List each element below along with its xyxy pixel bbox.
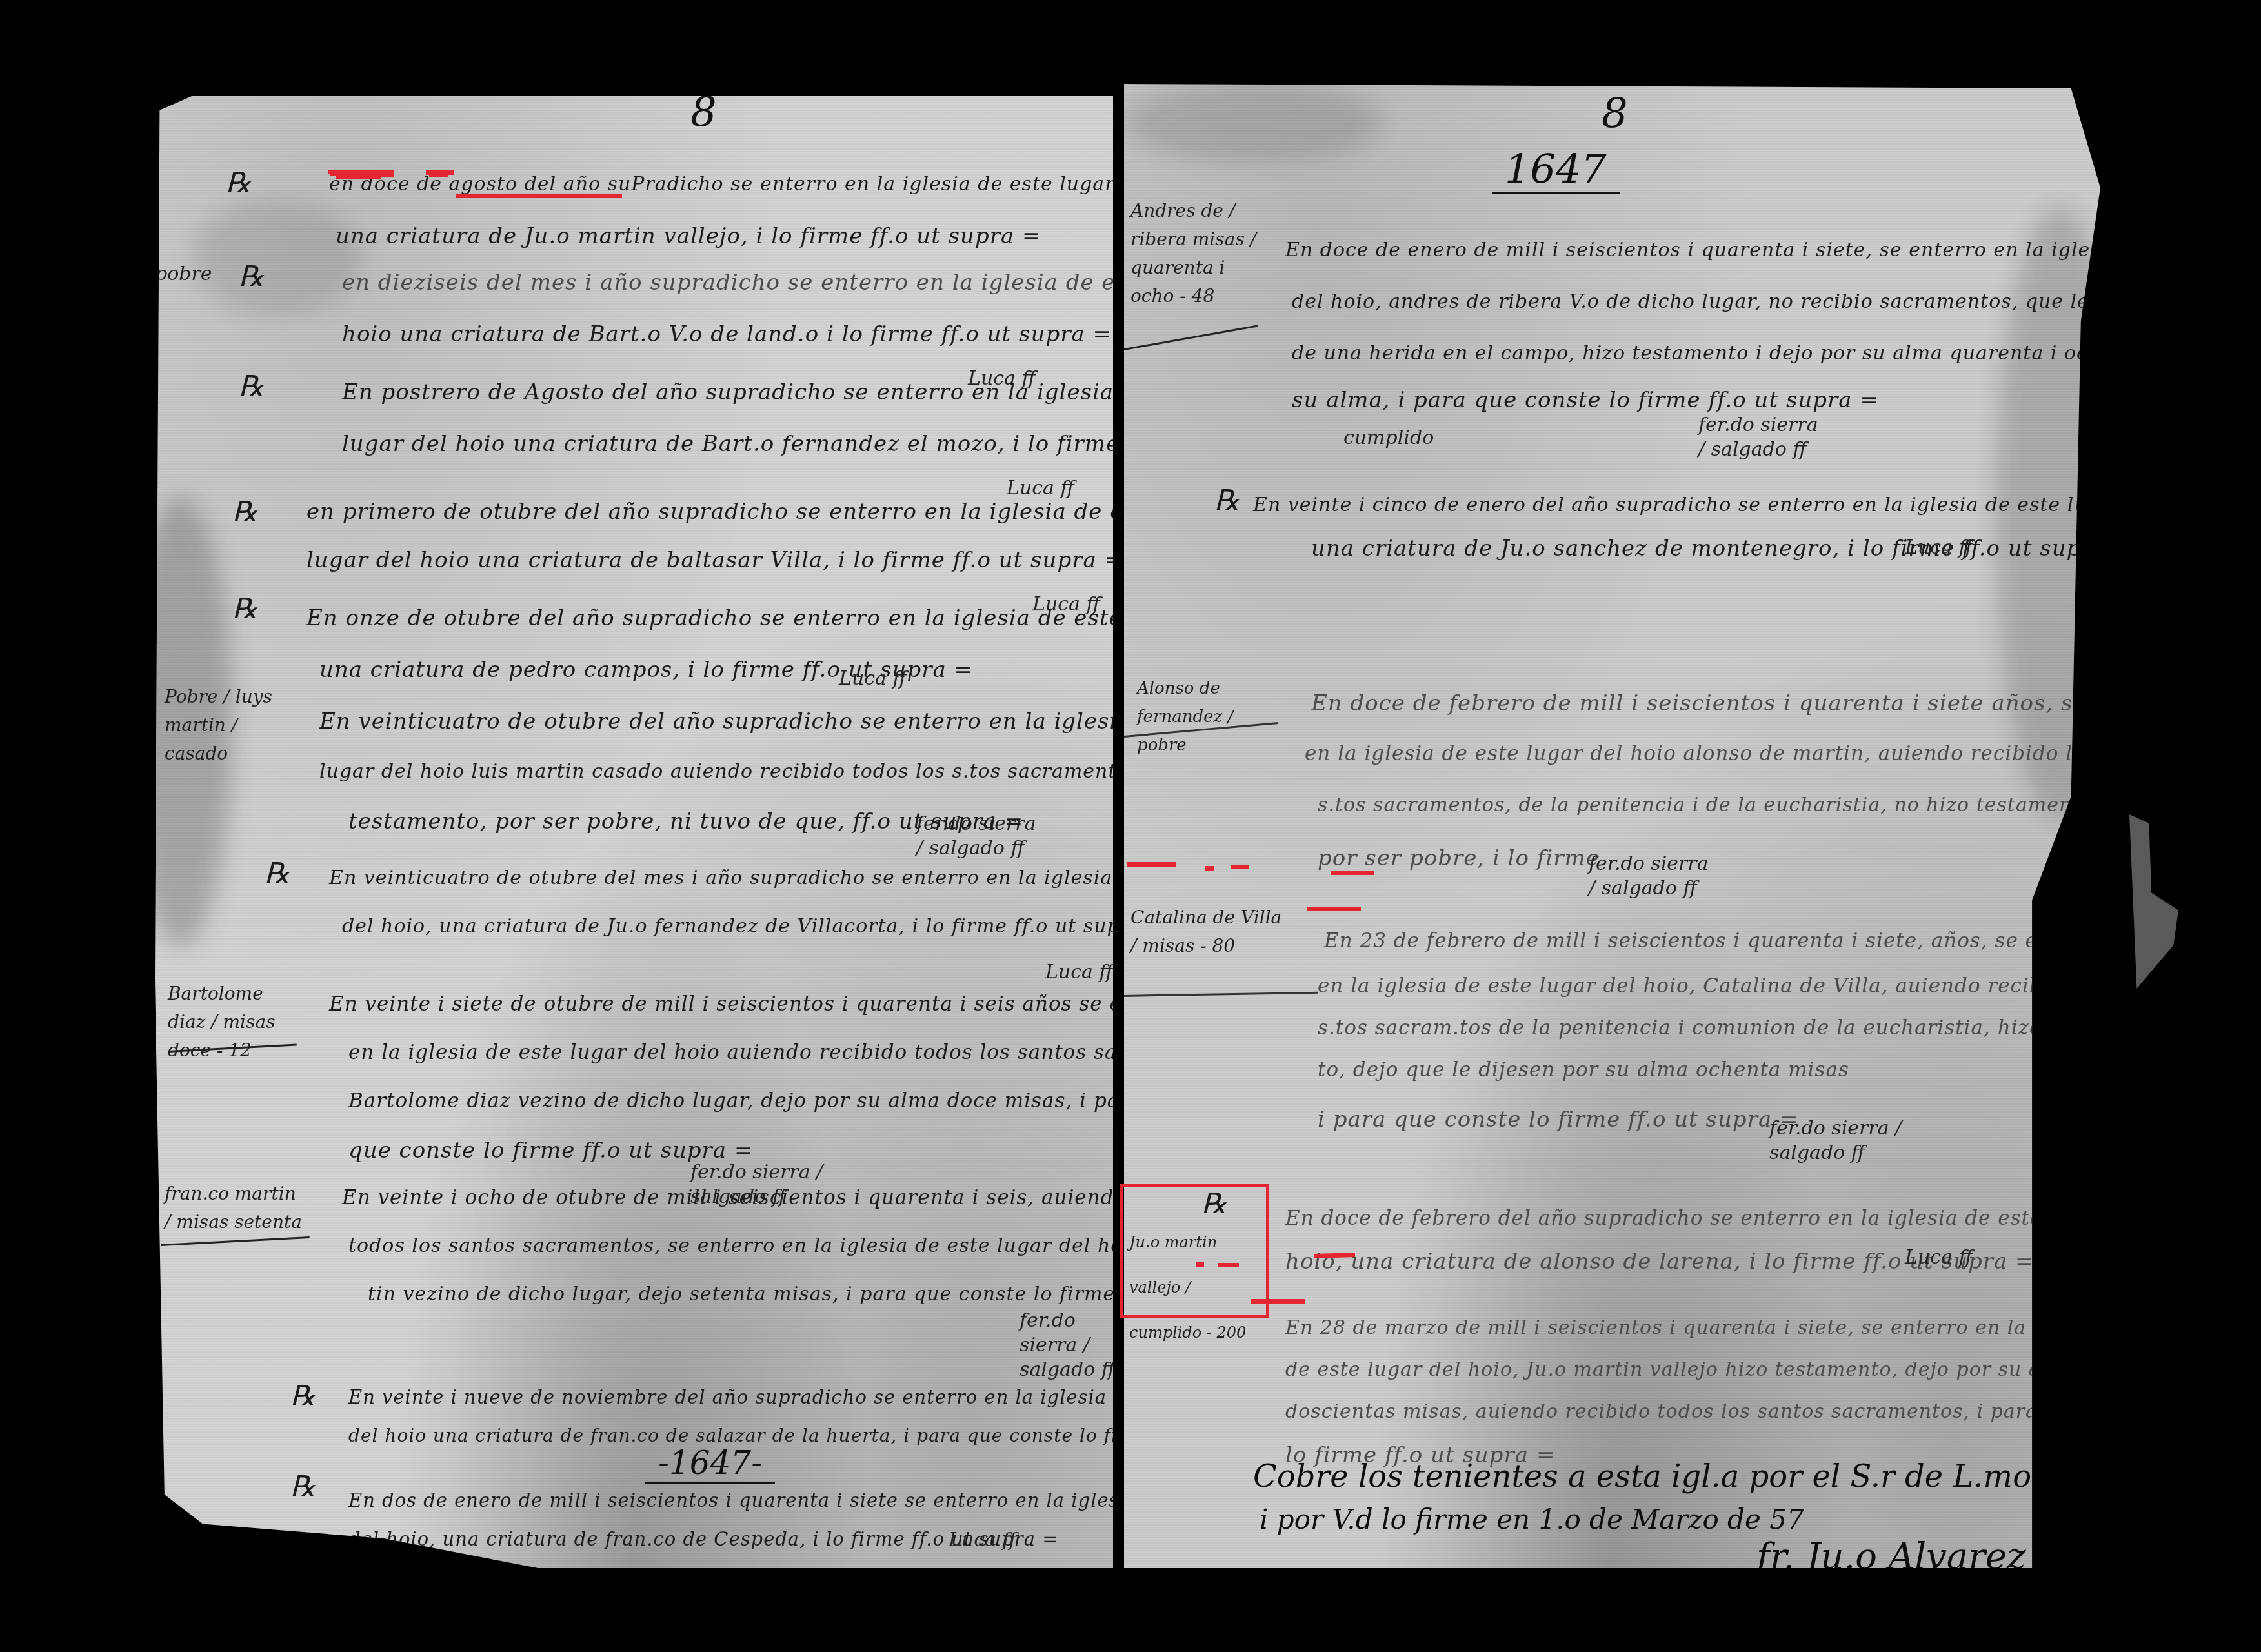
entry-line: En veinticuatro de otubre del año suprad… <box>319 709 1113 734</box>
entry-line: En dos de enero de mill i seiscientos i … <box>348 1489 1113 1511</box>
entry-line: En veinticuatro de otubre del mes i año … <box>329 867 1113 889</box>
entry-line: todos los santos sacramentos, se enterro… <box>348 1234 1113 1257</box>
entry-line: en la iglesia de este lugar del hoio, Ca… <box>1318 974 2100 998</box>
book-gutter <box>1113 77 1124 1575</box>
margin-note: Andres de / ribera misas / quarenta i oc… <box>1130 197 1260 310</box>
water-stain <box>1124 84 1382 161</box>
entry-line: del hoio una criatura de fran.co de sala… <box>348 1425 1113 1446</box>
year-heading: 1647 <box>1492 145 1620 194</box>
red-underline-deceased <box>1307 907 1361 911</box>
red-underline-month <box>1231 865 1249 869</box>
entry-line: En onze de otubre del año supradicho se … <box>306 605 1113 631</box>
left-page: 8 ℞ en doce de agosto del año suPradicho… <box>155 96 1113 1568</box>
margin-note: Catalina de Villa / misas - 80 <box>1130 903 1285 960</box>
entry-line: en la iglesia de este lugar del hoio aui… <box>348 1041 1113 1064</box>
signature: Luca ff <box>1007 476 1074 501</box>
entry-line: de este lugar del hoio, Ju.o martin vall… <box>1285 1358 2079 1381</box>
signature: Luca ff <box>1905 536 1973 560</box>
entry-line: una criatura de Ju.o sanchez de monteneg… <box>1311 536 2100 561</box>
sub-signature: cumplido <box>1343 426 1434 450</box>
entry-line: En postrero de Agosto del año supradicho… <box>342 379 1113 405</box>
entry-line: por ser pobre, i lo firme <box>1318 845 1600 871</box>
cross-mark-icon: ℞ <box>265 857 290 890</box>
entry-line: lugar del hoio una criatura de Bart.o fe… <box>342 431 1113 457</box>
folio-mark: 8 <box>1602 90 1628 138</box>
entry-line: en primero de otubre del año supradicho … <box>306 499 1113 525</box>
entry-line: de una herida en el campo, hizo testamen… <box>1292 342 2100 365</box>
red-underline-name <box>456 194 622 198</box>
signature: fer.do sierra / salgado ff <box>1589 852 1718 901</box>
cross-mark-icon: ℞ <box>226 166 251 199</box>
entry-line: En veinte i nueve de noviembre del año s… <box>348 1386 1113 1408</box>
entry-line: En veinte i cinco de enero del año supra… <box>1253 494 2100 516</box>
water-stain <box>194 199 361 315</box>
entry-line: del hoio, andres de ribera V.o de dicho … <box>1292 290 2100 313</box>
entry-line: que conste lo firme ff.o ut supra = <box>348 1138 753 1163</box>
margin-note: Pobre / luys martin / casado <box>165 683 274 768</box>
closing-note-line: i por V.d lo firme en 1.o de Marzo de 57 <box>1260 1504 1804 1535</box>
margin-note: fran.co martin / misas setenta <box>165 1180 306 1236</box>
cross-mark-icon: ℞ <box>239 370 264 403</box>
signature: fer.do sierra / salgado ff <box>1769 1116 1911 1165</box>
entry-line: En 28 de marzo de mill i seiscientos i q… <box>1285 1316 2100 1339</box>
entry-line: su alma, i para que conste lo firme ff.o… <box>1292 387 1879 413</box>
entry-line: del hoio, una criatura de Ju.o fernandez… <box>342 915 1113 938</box>
signature: Luca ff <box>1905 1245 1973 1270</box>
margin-note: Alonso de fernandez / pobre <box>1137 674 1279 760</box>
red-underline-year <box>1331 871 1374 875</box>
entry-line: En doce de febrero de mill i seiscientos… <box>1311 690 2100 716</box>
red-underline-agosto <box>426 170 454 175</box>
entry-line: Bartolome diaz vezino de dicho lugar, de… <box>348 1089 1113 1113</box>
signature: fer.do sierra / salgado ff <box>1698 413 1827 462</box>
signature: Luca ff <box>1045 960 1113 985</box>
year-heading: -1647- <box>645 1444 775 1484</box>
red-highlight-box <box>1120 1184 1269 1318</box>
red-underline-doce <box>328 170 394 174</box>
entry-line: lugar del hoio luis martin casado auiend… <box>319 760 1113 783</box>
entry-line: i para que conste lo firme ff.o ut supra… <box>1318 1107 1798 1133</box>
entry-line: tin vezino de dicho lugar, dejo setenta … <box>368 1283 1113 1305</box>
cross-mark-icon: ℞ <box>290 1380 316 1413</box>
entry-line: to, dejo que le dijesen por su alma oche… <box>1318 1058 1849 1082</box>
cross-mark-icon: ℞ <box>232 496 257 529</box>
entry-line: doscientas misas, auiendo recibido todos… <box>1285 1400 2100 1423</box>
entry-line: En veinte i ocho de otubre de mill i sei… <box>342 1186 1113 1209</box>
cross-mark-icon: ℞ <box>232 592 257 625</box>
entry-line: En doce de febrero del año supradicho se… <box>1285 1207 2100 1230</box>
entry-line: una criatura de Ju.o martin vallejo, i l… <box>336 223 1041 249</box>
folio-mark: 8 <box>690 96 717 137</box>
closing-note-line: Cobre los tenientes a esta igl.a por el … <box>1253 1458 2031 1495</box>
entry-line: s.tos sacramentos, de la penitencia i de… <box>1318 794 2093 816</box>
signature: Luca ff <box>949 1528 1016 1553</box>
entry-line: en dieziseis del mes i año supradicho se… <box>342 270 1113 296</box>
right-page: 8 1647 Andres de / ribera misas / quaren… <box>1124 84 2100 1568</box>
closing-signature: fr. Ju.o Alvarez ff <box>1756 1536 2063 1568</box>
entry-line: en la iglesia de este lugar del hoio alo… <box>1305 742 2096 765</box>
red-underline-day <box>1205 866 1214 871</box>
paper-scrap <box>2129 814 2178 989</box>
entry-line: En 23 de febrero de mill i seiscientos i… <box>1324 929 2100 952</box>
entry-line: En doce de enero de mill i seiscientos i… <box>1285 239 2100 261</box>
entry-line: s.tos sacram.tos de la penitencia i comu… <box>1318 1016 2100 1040</box>
margin-rule <box>1124 992 1318 997</box>
entry-line: En veinte i siete de otubre de mill i se… <box>329 992 1113 1016</box>
signature: fer.do sierra / salgado ff <box>1020 1309 1113 1382</box>
signature: fer.do sierra / salgado ff <box>916 812 1045 861</box>
margin-note: Bartolome diaz / misas doce - 12 <box>168 980 297 1065</box>
signature: Luca ff <box>839 667 907 691</box>
margin-rule <box>1124 325 1258 350</box>
entry-line: hoio una criatura de Bart.o V.o de land.… <box>342 321 1112 347</box>
cross-mark-icon: ℞ <box>290 1470 316 1503</box>
entry-line: lugar del hoio una criatura de baltasar … <box>306 547 1113 573</box>
cross-mark-icon: ℞ <box>1214 484 1240 517</box>
red-underline <box>1127 862 1176 867</box>
margin-note: pobre <box>155 260 212 288</box>
margin-rule <box>161 1236 310 1246</box>
cross-mark-icon: ℞ <box>239 260 264 293</box>
